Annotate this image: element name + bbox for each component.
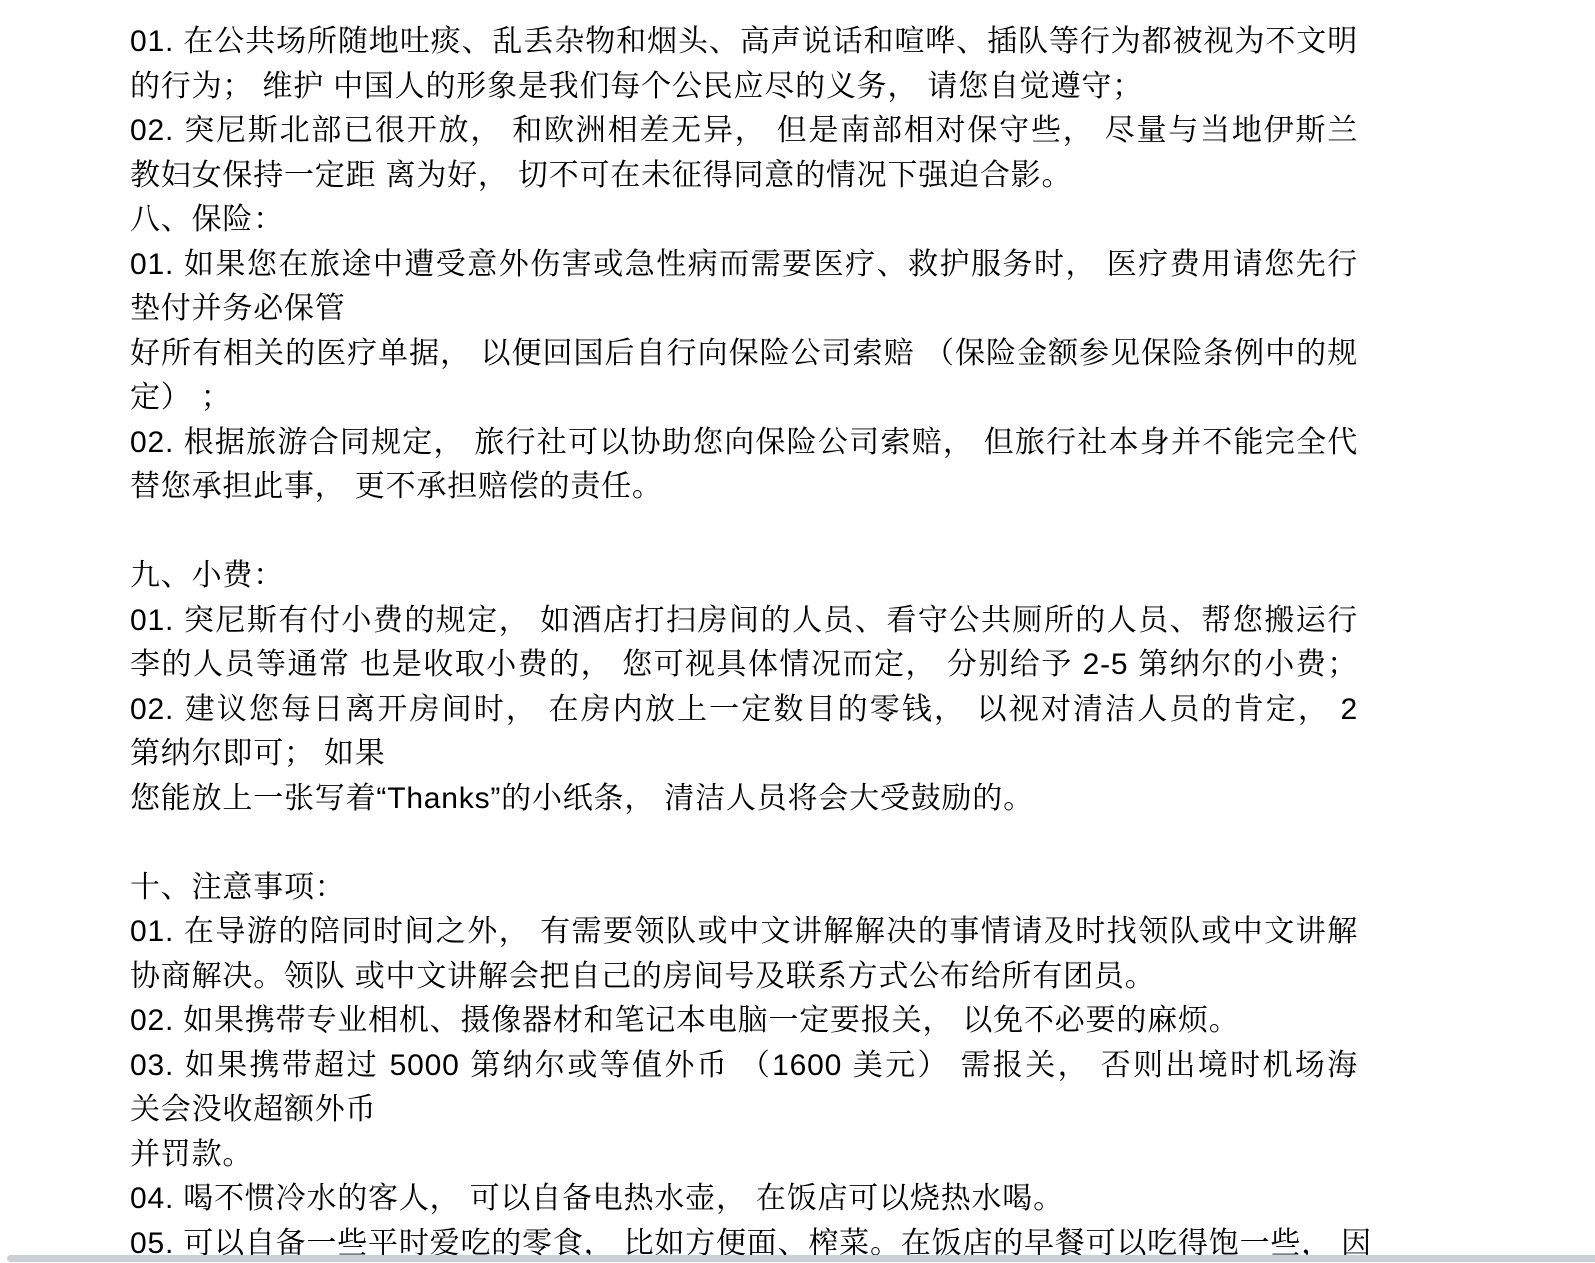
text-line: 李的人员等通常 也是收取小费的， 您可视具体情况而定， 分别给予 2-5 第纳尔… [130,643,1358,688]
text-line: 01. 在导游的陪同时间之外， 有需要领队或中文讲解解决的事情请及时找领队或中文… [130,910,1358,955]
text-line: 01. 在公共场所随地吐痰、乱丢杂物和烟头、高声说话和喧哗、插队等行为都被视为不… [130,20,1358,65]
text-line: 定） ； [130,376,1358,421]
horizontal-scrollbar-thumb[interactable] [7,1255,1595,1262]
text-line: 02. 建议您每日离开房间时， 在房内放上一定数目的零钱， 以视对清洁人员的肯定… [130,688,1358,733]
text-line: 垫付并务必保管 [130,287,1358,332]
text-line: 好所有相关的医疗单据， 以便回国后自行向保险公司索赔 （保险金额参见保险条例中的… [130,332,1358,377]
text-line: 教妇女保持一定距 离为好， 切不可在未征得同意的情况下强迫合影。 [130,154,1358,199]
text-line: 03. 如果携带超过 5000 第纳尔或等值外币 （1600 美元） 需报关， … [130,1044,1358,1089]
text-line: 第纳尔即可； 如果 [130,732,1358,777]
text-line [130,821,1358,866]
text-line: 关会没收超额外币 [130,1088,1358,1133]
text-line: 02. 突尼斯北部已很开放， 和欧洲相差无异， 但是南部相对保守些， 尽量与当地… [130,109,1358,154]
text-line: 协商解决。领队 或中文讲解会把自己的房间号及联系方式公布给所有团员。 [130,955,1358,1000]
text-line: 02. 根据旅游合同规定， 旅行社可以协助您向保险公司索赔， 但旅行社本身并不能… [130,421,1358,466]
text-line: 的行为； 维护 中国人的形象是我们每个公民应尽的义务， 请您自觉遵守； [130,65,1358,110]
text-line: 02. 如果携带专业相机、摄像器材和笔记本电脑一定要报关， 以免不必要的麻烦。 [130,999,1358,1044]
text-line: 八、保险： [130,198,1358,243]
text-line: 01. 突尼斯有付小费的规定， 如酒店打扫房间的人员、看守公共厕所的人员、帮您搬… [130,599,1358,644]
document-text: 01. 在公共场所随地吐痰、乱丢杂物和烟头、高声说话和喧哗、插队等行为都被视为不… [130,20,1358,1263]
text-line: 您能放上一张写着“Thanks”的小纸条， 清洁人员将会大受鼓励的。 [130,777,1358,822]
text-line: 十、注意事项： [130,866,1358,911]
text-line: 九、小费： [130,554,1358,599]
text-line [130,510,1358,555]
text-line: 01. 如果您在旅途中遭受意外伤害或急性病而需要医疗、救护服务时， 医疗费用请您… [130,243,1358,288]
text-line: 04. 喝不惯冷水的客人， 可以自备电热水壶， 在饭店可以烧热水喝。 [130,1177,1358,1222]
text-line: 替您承担此事， 更不承担赔偿的责任。 [130,465,1358,510]
text-line: 并罚款。 [130,1133,1358,1178]
